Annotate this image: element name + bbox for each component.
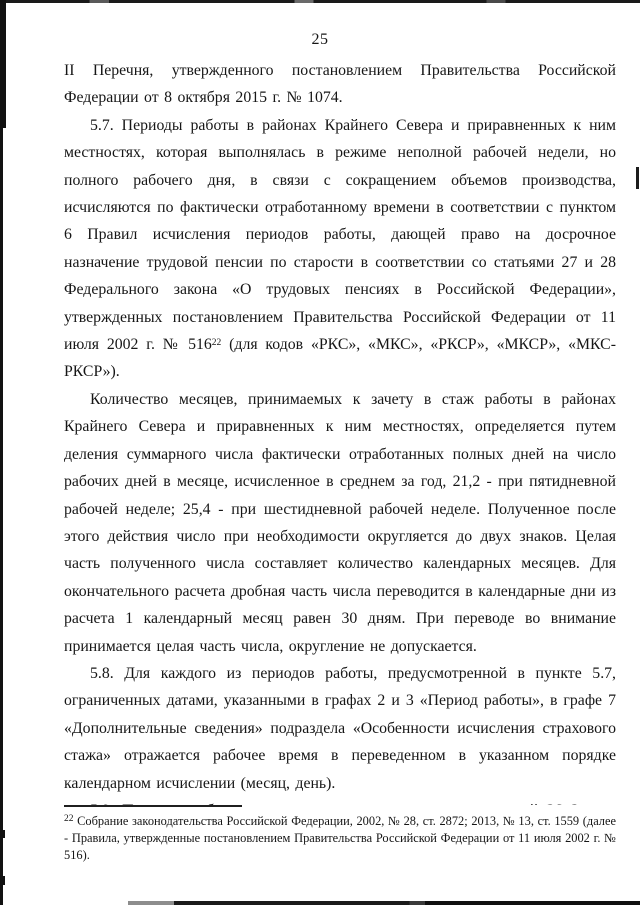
paragraph: II Перечня, утвержденного постановлением… bbox=[64, 57, 616, 112]
page-border-left bbox=[0, 0, 3, 905]
page-border-left-thick-segment bbox=[0, 0, 6, 128]
text-run: Собрание законодательства Российской Фед… bbox=[64, 814, 616, 862]
text-run: 5.7. Периоды работы в районах Крайнего С… bbox=[64, 117, 616, 353]
scan-artifact-mark bbox=[636, 167, 639, 189]
footnote-separator bbox=[64, 805, 242, 807]
scan-artifact-mark bbox=[0, 830, 5, 838]
scan-artifact-mark bbox=[0, 876, 5, 885]
paragraph: 5.9. Периоды работы, учитываемые в соотв… bbox=[64, 797, 616, 805]
document-body: II Перечня, утвержденного постановлением… bbox=[64, 57, 616, 805]
paragraph: Количество месяцев, принимаемых к зачету… bbox=[64, 386, 616, 660]
page-border-bottom bbox=[128, 901, 640, 905]
footnote-reference: 22 bbox=[64, 814, 74, 824]
text-run: II Перечня, утвержденного постановлением… bbox=[64, 62, 616, 106]
scanned-document-page: 25 II Перечня, утвержденного постановлен… bbox=[0, 0, 640, 905]
footnote-text: 22 Собрание законодательства Российской … bbox=[64, 813, 616, 863]
paragraph: 5.7. Периоды работы в районах Крайнего С… bbox=[64, 112, 616, 386]
text-run: 5.8. Для каждого из периодов работы, пре… bbox=[64, 665, 616, 792]
paragraph: 5.8. Для каждого из периодов работы, пре… bbox=[64, 660, 616, 797]
page-number: 25 bbox=[0, 31, 640, 49]
footnote-area: 22 Собрание законодательства Российской … bbox=[64, 805, 616, 863]
footnote-reference: 22 bbox=[212, 338, 222, 348]
text-run: Количество месяцев, принимаемых к зачету… bbox=[64, 391, 616, 655]
page-border-top bbox=[0, 0, 640, 3]
